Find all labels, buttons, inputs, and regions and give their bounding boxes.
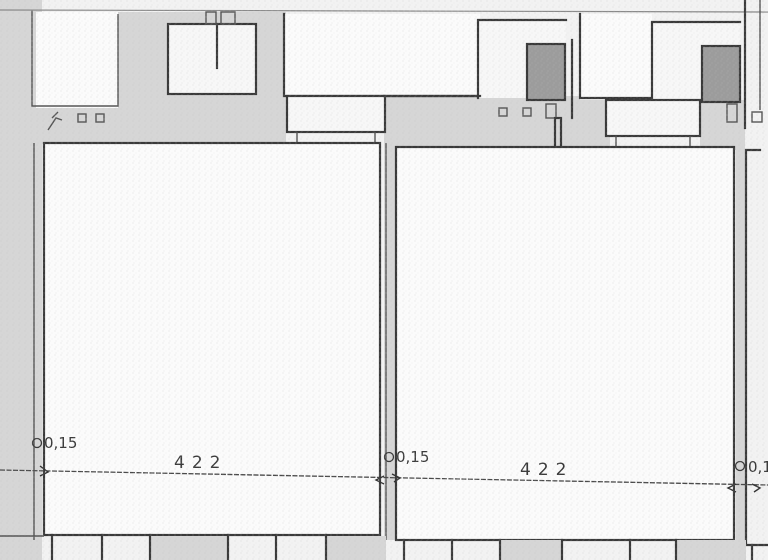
floor-plan-drawing: 0,15 422 0,15 422 0,15 [0,0,768,560]
paper-grain [0,0,768,560]
